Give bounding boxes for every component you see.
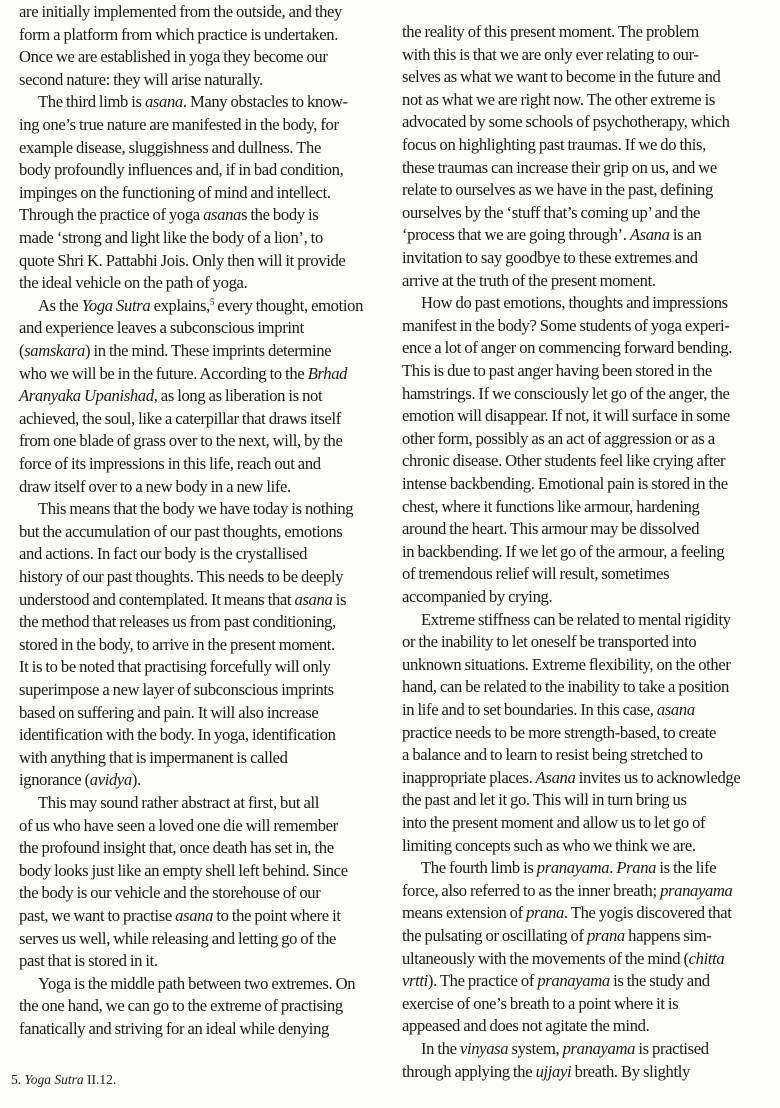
text-line: from one blade of grass over to the next… bbox=[19, 430, 343, 453]
text-line: based on suffering and pain. It will als… bbox=[19, 702, 318, 725]
text-line: into the present moment and allow us to … bbox=[402, 812, 705, 835]
paragraph-first-line: How do past emotions, thoughts and impre… bbox=[402, 292, 728, 315]
footnote: 5. Yoga Sutra II.12. bbox=[11, 1071, 116, 1089]
paragraph-first-line: This means that the body we have today i… bbox=[19, 498, 353, 521]
text-line: manifest in the body? Some students of y… bbox=[402, 315, 729, 338]
text-line: stored in the body, to arrive in the pre… bbox=[19, 634, 335, 657]
text-line: not as what we are right now. The other … bbox=[402, 89, 715, 112]
text-line: It is to be noted that practising forcef… bbox=[19, 656, 331, 679]
paragraph-first-line: The third limb is asana. Many obstacles … bbox=[19, 91, 348, 114]
text-line: force of its impressions in this life, r… bbox=[19, 453, 321, 476]
text-line: with anything that is impermanent is cal… bbox=[19, 747, 288, 770]
text-line: in backbending. If we let go of the armo… bbox=[402, 541, 724, 564]
text-line: body looks just like an empty shell left… bbox=[19, 860, 348, 883]
text-line: second nature: they will arise naturally… bbox=[19, 69, 263, 92]
text-line: the body is our vehicle and the storehou… bbox=[19, 882, 320, 905]
paragraph-first-line: The fourth limb is pranayama. Prana is t… bbox=[402, 857, 716, 880]
text-line: vrtti). The practice of pranayama is the… bbox=[402, 970, 710, 993]
text-line: form a platform from which practice is u… bbox=[19, 24, 338, 47]
text-line: intense backbending. Emotional pain is s… bbox=[402, 473, 728, 496]
text-line: quote Shri K. Pattabhi Jois. Only then w… bbox=[19, 250, 345, 273]
text-line: example disease, sluggishness and dullne… bbox=[19, 137, 321, 160]
text-line: arrive at the truth of the present momen… bbox=[402, 270, 656, 293]
text-line: achieved, the soul, like a caterpillar t… bbox=[19, 408, 341, 431]
text-line: appeased and does not agitate the mind. bbox=[402, 1015, 649, 1038]
text-line: force, also referred to as the inner bre… bbox=[402, 880, 733, 903]
text-line: understood and contemplated. It means th… bbox=[19, 589, 346, 612]
text-line: in life and to set boundaries. In this c… bbox=[402, 699, 695, 722]
text-line: or the inability to let oneself be trans… bbox=[402, 631, 696, 654]
text-line: chronic disease. Other students feel lik… bbox=[402, 450, 725, 473]
text-line: the pulsating or oscillating of prana ha… bbox=[402, 925, 711, 948]
text-line: ‘process that we are going through’. Asa… bbox=[402, 224, 702, 247]
text-line: hand, can be related to the inability to… bbox=[402, 676, 729, 699]
text-line: a balance and to learn to resist being s… bbox=[402, 744, 703, 767]
footnote-number: 5. bbox=[11, 1072, 21, 1087]
text-line: of tremendous relief will result, someti… bbox=[402, 563, 669, 586]
text-line: these traumas can increase their grip on… bbox=[402, 157, 717, 180]
text-line: made ‘strong and light like the body of … bbox=[19, 227, 323, 250]
text-line: Aranyaka Upanishad, as long as liberatio… bbox=[19, 385, 322, 408]
text-line: ultaneously with the movements of the mi… bbox=[402, 948, 724, 971]
text-line: body profoundly influences and, if in ba… bbox=[19, 159, 343, 182]
text-line: who we will be in the future. According … bbox=[19, 363, 347, 386]
text-line: unknown situations. Extreme flexibility,… bbox=[402, 654, 731, 677]
text-line: (samskara) in the mind. These imprints d… bbox=[19, 340, 331, 363]
text-line: the method that releases us from past co… bbox=[19, 611, 336, 634]
text-line: selves as what we want to become in the … bbox=[402, 66, 720, 89]
text-line: ourselves by the ‘stuff that’s coming up… bbox=[402, 202, 700, 225]
text-line: This is due to past anger having been st… bbox=[402, 360, 712, 383]
text-line: impinges on the functioning of mind and … bbox=[19, 182, 331, 205]
text-line: of us who have seen a loved one die will… bbox=[19, 815, 338, 838]
text-line: emotion will disappear. If not, it will … bbox=[402, 405, 730, 428]
text-line: relate to ourselves as we have in the pa… bbox=[402, 179, 713, 202]
text-line: past, we want to practise asana to the p… bbox=[19, 905, 341, 928]
text-line: but the accumulation of our past thought… bbox=[19, 521, 342, 544]
text-line: ignorance (avidya). bbox=[19, 769, 141, 792]
text-line: past that is stored in it. bbox=[19, 950, 158, 973]
text-line: the one hand, we can go to the extreme o… bbox=[19, 995, 343, 1018]
text-line: other form, possibly as an act of aggres… bbox=[402, 428, 715, 451]
text-line: with this is that we are only ever relat… bbox=[402, 44, 699, 67]
text-line: chest, where it functions like armour, h… bbox=[402, 496, 699, 519]
text-line: exercise of one’s breath to a point wher… bbox=[402, 993, 678, 1016]
text-line: identification with the body. In yoga, i… bbox=[19, 724, 336, 747]
text-line: through applying the ujjayi breath. By s… bbox=[402, 1061, 690, 1084]
text-line: around the heart. This armour may be dis… bbox=[402, 518, 699, 541]
text-line: serves us well, while releasing and lett… bbox=[19, 928, 336, 951]
text-line: the past and let it go. This will in tur… bbox=[402, 789, 687, 812]
text-line: invitation to say goodbye to these extre… bbox=[402, 247, 698, 270]
text-line: focus on highlighting past traumas. If w… bbox=[402, 134, 706, 157]
text-line: superimpose a new layer of subconscious … bbox=[19, 679, 334, 702]
paragraph-first-line: In the vinyasa system, pranayama is prac… bbox=[402, 1038, 709, 1061]
text-line: the reality of this present moment. The … bbox=[402, 21, 699, 44]
text-line: Through the practice of yoga asanas the … bbox=[19, 204, 318, 227]
text-line: are initially implemented from the outsi… bbox=[19, 1, 342, 24]
text-line: means extension of prana. The yogis disc… bbox=[402, 902, 732, 925]
paragraph-first-line: Extreme stiffness can be related to ment… bbox=[402, 609, 731, 632]
text-line: history of our past thoughts. This needs… bbox=[19, 566, 343, 589]
text-line: inappropriate places. Asana invites us t… bbox=[402, 767, 740, 790]
text-line: the ideal vehicle on the path of yoga. bbox=[19, 272, 247, 295]
paragraph-first-line: This may sound rather abstract at first,… bbox=[19, 792, 319, 815]
paragraph-first-line: As the Yoga Sutra explains,5 every thoug… bbox=[19, 295, 363, 318]
text-line: and experience leaves a subconscious imp… bbox=[19, 317, 304, 340]
text-line: ing one’s true nature are manifested in … bbox=[19, 114, 339, 137]
text-line: limiting concepts such as who we think w… bbox=[402, 835, 696, 858]
text-line: the profound insight that, once death ha… bbox=[19, 837, 334, 860]
text-line: Once we are established in yoga they bec… bbox=[19, 46, 328, 69]
footnote-reference: II.12. bbox=[87, 1072, 116, 1087]
book-page: are initially implemented from the outsi… bbox=[0, 0, 780, 1108]
text-line: hamstrings. If we consciously let go of … bbox=[402, 383, 730, 406]
text-line: accompanied by crying. bbox=[402, 586, 552, 609]
paragraph-first-line: Yoga is the middle path between two extr… bbox=[19, 973, 355, 996]
text-line: and actions. In fact our body is the cry… bbox=[19, 543, 307, 566]
footnote-source: Yoga Sutra bbox=[25, 1072, 84, 1087]
text-line: draw itself over to a new body in a new … bbox=[19, 476, 291, 499]
text-line: advocated by some schools of psychothera… bbox=[402, 111, 730, 134]
text-line: practice needs to be more strength-based… bbox=[402, 722, 716, 745]
text-line: ence a lot of anger on commencing forwar… bbox=[402, 337, 732, 360]
text-line: fanatically and striving for an ideal wh… bbox=[19, 1018, 329, 1041]
